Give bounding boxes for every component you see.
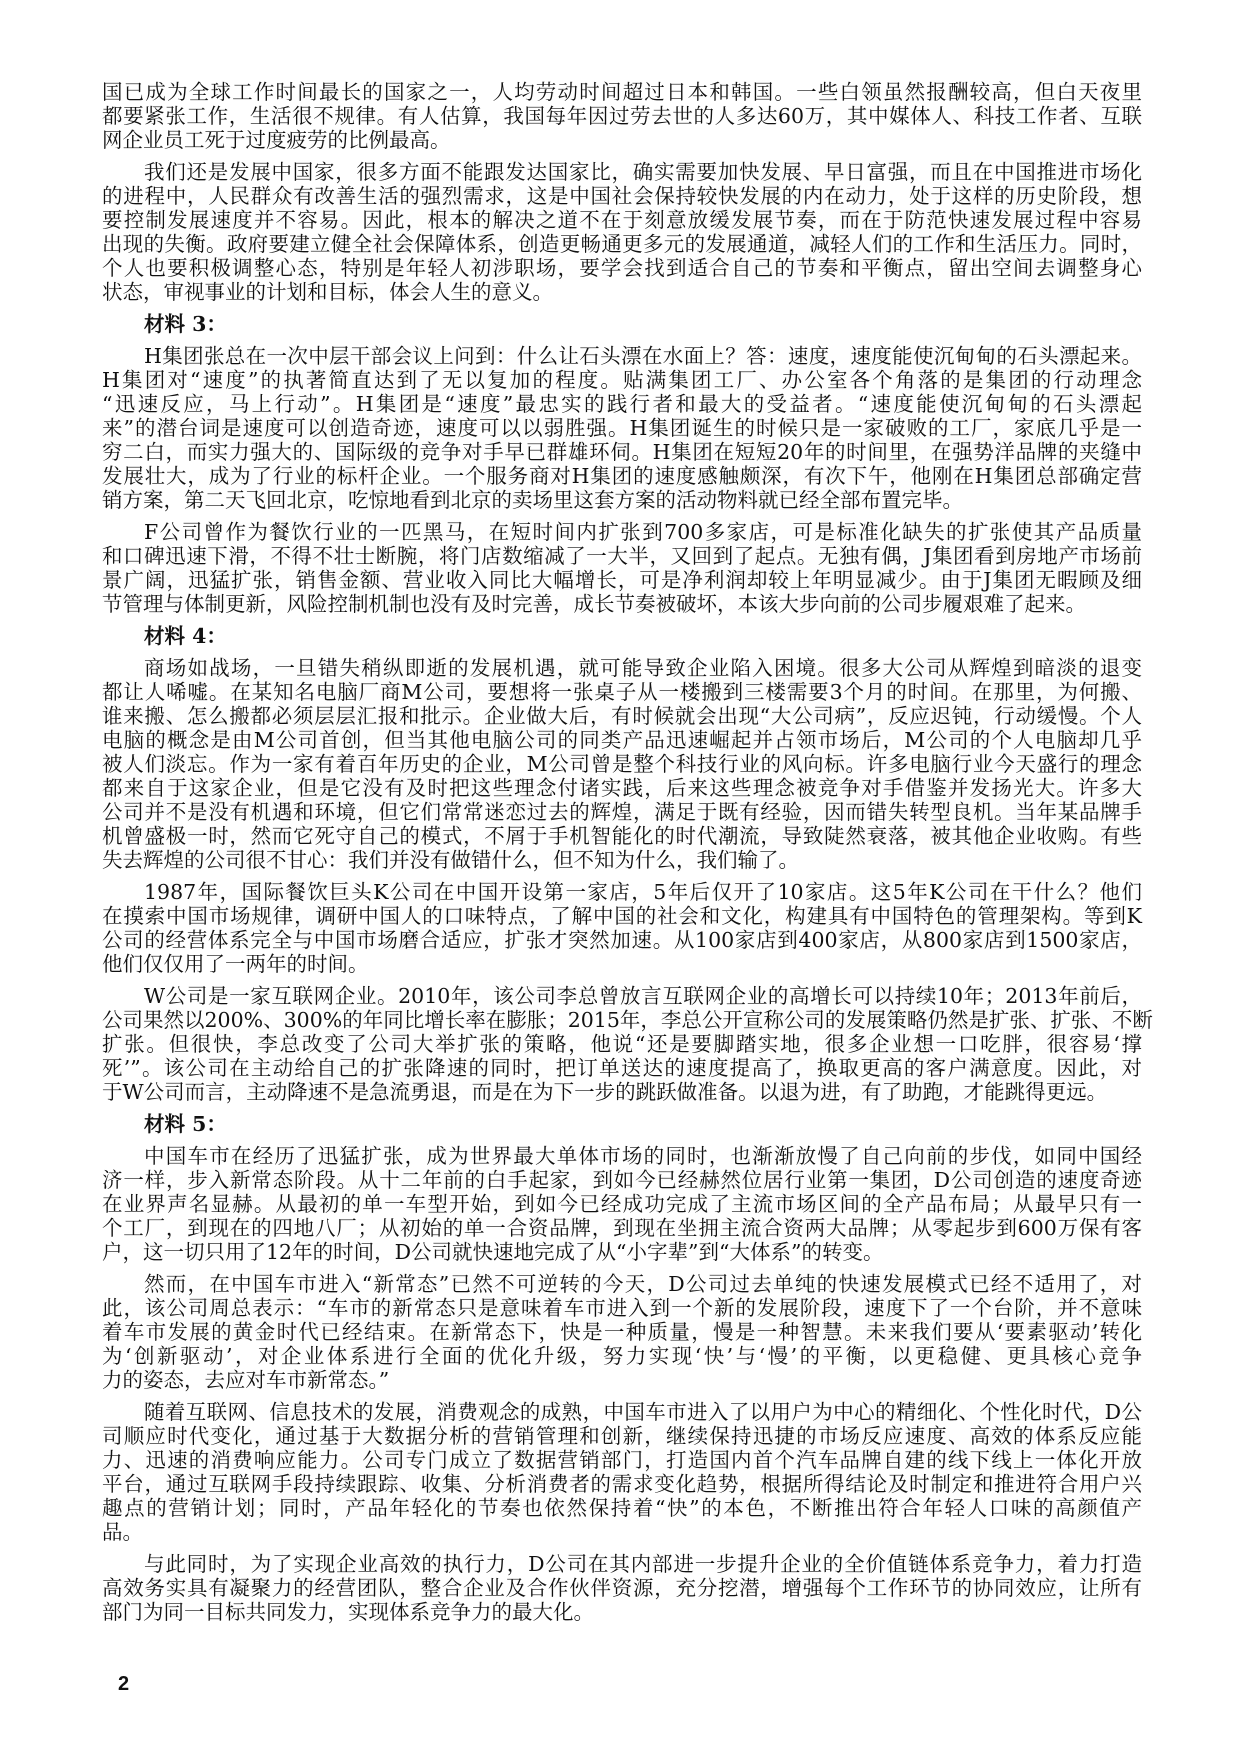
text-line: 力的姿态，去应对车市新常态。” [102,1368,1142,1392]
heading-text: 材料 3： [102,312,1142,336]
text-line: 1987年，国际餐饮巨头K公司在中国开设第一家店，5年后仅开了10家店。这5年K… [102,880,1142,904]
text-line: “迅速反应，马上行动”。H集团是“速度”最忠实的践行者和最大的受益者。“速度能使… [102,392,1142,416]
text-line: 景广阔，迅猛扩张，销售金额、营业收入同比大幅增长，可是净利润却较上年明显减少。由… [102,568,1142,592]
text-line: 趣点的营销计划；同时，产品年轻化的节奏也依然保持着“快”的本色，不断推出符合年轻… [102,1496,1142,1520]
text-line: 高效务实具有凝聚力的经营团队，整合企业及合作伙伴资源，充分挖潜，增强每个工作环节… [102,1576,1142,1600]
text-line: 力、迅速的消费响应能力。公司专门成立了数据营销部门，打造国内首个汽车品牌自建的线… [102,1448,1142,1472]
text-line: 都来自于这家企业，但是它没有及时把这些理念付诸实践，后来这些理念被竞争对手借鉴并… [102,776,1142,800]
text-line: 个工厂，到现在的四地八厂；从初始的单一合资品牌，到现在坐拥主流合资两大品牌；从零… [102,1216,1142,1240]
text-line: 要控制发展速度并不容易。因此，根本的解决之道不在于刻意放缓发展节奏，而在于防范快… [102,208,1142,232]
paragraph: W公司是一家互联网企业。2010年，该公司李总曾放言互联网企业的高增长可以持续1… [102,984,1142,1104]
text-line: 随着互联网、信息技术的发展，消费观念的成熟，中国车市进入了以用户为中心的精细化、… [102,1400,1142,1424]
text-line: 节管理与体制更新，风险控制机制也没有及时完善，成长节奏被破坏，本该大步向前的公司… [102,592,1142,616]
paragraph: 商场如战场，一旦错失稍纵即逝的发展机遇，就可能导致企业陷入困境。很多大公司从辉煌… [102,656,1142,872]
text-line: 出现的失衡。政府要建立健全社会保障体系，创造更畅通更多元的发展通道，减轻人们的工… [102,232,1142,256]
text-line: 品。 [102,1520,1142,1544]
text-line: 失去辉煌的公司很不甘心：我们并没有做错什么，但不知为什么，我们输了。 [102,848,1142,872]
paragraph: 与此同时，为了实现企业高效的执行力，D公司在其内部进一步提升企业的全价值链体系竞… [102,1552,1142,1624]
text-line: 着车市发展的黄金时代已经结束。在新常态下，快是一种质量，慢是一种智慧。未来我们要… [102,1320,1142,1344]
text-line: 电脑的概念是由M公司首创，但当其他电脑公司的同类产品迅速崛起并占领市场后，M公司… [102,728,1142,752]
heading-text: 材料 4： [102,624,1142,648]
text-line: 公司果然以200%、300%的年同比增长率在膨胀；2015年，李总公开宣称公司的… [102,1008,1142,1032]
document-page: 国已成为全球工作时间最长的国家之一，人均劳动时间超过日本和韩国。一些白领虽然报酬… [102,80,1142,1632]
paragraph: 国已成为全球工作时间最长的国家之一，人均劳动时间超过日本和韩国。一些白领虽然报酬… [102,80,1142,152]
section-heading: 材料 5： [102,1112,1142,1136]
text-line: 销方案，第二天飞回北京，吃惊地看到北京的卖场里这套方案的活动物料就已经全部布置完… [102,488,1142,512]
section-heading: 材料 4： [102,624,1142,648]
text-line: H集团对“速度”的执著简直达到了无以复加的程度。贴满集团工厂、办公室各个角落的是… [102,368,1142,392]
text-line: 被人们淡忘。作为一家有着百年历史的企业，M公司曾是整个科技行业的风向标。许多电脑… [102,752,1142,776]
text-line: 穷二白，而实力强大的、国际级的竞争对手早已群雄环伺。H集团在短短20年的时间里，… [102,440,1142,464]
text-line: H集团张总在一次中层干部会议上问到：什么让石头漂在水面上？答：速度，速度能使沉甸… [102,344,1142,368]
text-line: 都让人唏嘘。在某知名电脑厂商M公司，要想将一张桌子从一楼搬到三楼需要3个月的时间… [102,680,1142,704]
text-line: W公司是一家互联网企业。2010年，该公司李总曾放言互联网企业的高增长可以持续1… [102,984,1142,1008]
text-line: 谁来搬、怎么搬都必须层层汇报和批示。企业做大后，有时候就会出现“大公司病”，反应… [102,704,1142,728]
page-number: 2 [118,1673,129,1696]
text-line: 部门为同一目标共同发力，实现体系竞争力的最大化。 [102,1600,1142,1624]
text-line: 国已成为全球工作时间最长的国家之一，人均劳动时间超过日本和韩国。一些白领虽然报酬… [102,80,1142,104]
heading-text: 材料 5： [102,1112,1142,1136]
text-line: 平台，通过互联网手段持续跟踪、收集、分析消费者的需求变化趋势，根据所得结论及时制… [102,1472,1142,1496]
text-line: 此，该公司周总表示：“车市的新常态只是意味着车市进入到一个新的发展阶段，速度下了… [102,1296,1142,1320]
paragraph: H集团张总在一次中层干部会议上问到：什么让石头漂在水面上？答：速度，速度能使沉甸… [102,344,1142,512]
paragraph: F公司曾作为餐饮行业的一匹黑马，在短时间内扩张到700多家店，可是标准化缺失的扩… [102,520,1142,616]
text-line: 在摸索中国市场规律，调研中国人的口味特点，了解中国的社会和文化，构建具有中国特色… [102,904,1142,928]
text-line: 他们仅仅用了一两年的时间。 [102,952,1142,976]
text-line: 公司的经营体系完全与中国市场磨合适应，扩张才突然加速。从100家店到400家店，… [102,928,1142,952]
text-line: 来”的潜台词是速度可以创造奇迹，速度可以以弱胜强。H集团诞生的时候只是一家破败的… [102,416,1142,440]
paragraph: 1987年，国际餐饮巨头K公司在中国开设第一家店，5年后仅开了10家店。这5年K… [102,880,1142,976]
text-line: 个人也要积极调整心态，特别是年轻人初涉职场，要学会找到适合自己的节奏和平衡点，留… [102,256,1142,280]
text-line: 机曾盛极一时，然而它死守自己的模式，不屑于手机智能化的时代潮流，导致陡然衰落，被… [102,824,1142,848]
text-line: 网企业员工死于过度疲劳的比例最高。 [102,128,1142,152]
text-line: 与此同时，为了实现企业高效的执行力，D公司在其内部进一步提升企业的全价值链体系竞… [102,1552,1142,1576]
text-line: 户，这一切只用了12年的时间，D公司就快速地完成了从“小字辈”到“大体系”的转变… [102,1240,1142,1264]
section-heading: 材料 3： [102,312,1142,336]
text-line: 于W公司而言，主动降速不是急流勇退，而是在为下一步的跳跃做准备。以退为进，有了助… [102,1080,1142,1104]
text-line: 公司并不是没有机遇和环境，但它们常常迷恋过去的辉煌，满足于既有经验，因而错失转型… [102,800,1142,824]
text-line: 司顺应时代变化，通过基于大数据分析的营销管理和创新，继续保持迅捷的市场反应速度、… [102,1424,1142,1448]
text-line: 然而，在中国车市进入“新常态”已然不可逆转的今天，D公司过去单纯的快速发展模式已… [102,1272,1142,1296]
text-line: 为‘创新驱动’，对企业体系进行全面的优化升级，努力实现‘快’与‘慢’的平衡，以更… [102,1344,1142,1368]
text-line: 商场如战场，一旦错失稍纵即逝的发展机遇，就可能导致企业陷入困境。很多大公司从辉煌… [102,656,1142,680]
text-line: 我们还是发展中国家，很多方面不能跟发达国家比，确实需要加快发展、早日富强，而且在… [102,160,1142,184]
text-line: F公司曾作为餐饮行业的一匹黑马，在短时间内扩张到700多家店，可是标准化缺失的扩… [102,520,1142,544]
text-line: 状态，审视事业的计划和目标，体会人生的意义。 [102,280,1142,304]
paragraph: 然而，在中国车市进入“新常态”已然不可逆转的今天，D公司过去单纯的快速发展模式已… [102,1272,1142,1392]
paragraph: 随着互联网、信息技术的发展，消费观念的成熟，中国车市进入了以用户为中心的精细化、… [102,1400,1142,1544]
text-line: 和口碑迅速下滑，不得不壮士断腕，将门店数缩减了一大半，又回到了起点。无独有偶，J… [102,544,1142,568]
paragraph: 我们还是发展中国家，很多方面不能跟发达国家比，确实需要加快发展、早日富强，而且在… [102,160,1142,304]
text-line: 死’”。该公司在主动给自己的扩张降速的同时，把订单送达的速度提高了，换取更高的客… [102,1056,1142,1080]
text-line: 发展壮大，成为了行业的标杆企业。一个服务商对H集团的速度感触颇深，有次下午，他刚… [102,464,1142,488]
text-line: 扩张。但很快，李总改变了公司大举扩张的策略，他说“还是要脚踏实地，很多企业想一口… [102,1032,1142,1056]
text-line: 中国车市在经历了迅猛扩张，成为世界最大单体市场的同时，也渐渐放慢了自己向前的步伐… [102,1144,1142,1168]
text-line: 都要紧张工作，生活很不规律。有人估算，我国每年因过劳去世的人多达60万，其中媒体… [102,104,1142,128]
text-line: 在业界声名显赫。从最初的单一车型开始，到如今已经成功完成了主流市场区间的全产品布… [102,1192,1142,1216]
paragraph: 中国车市在经历了迅猛扩张，成为世界最大单体市场的同时，也渐渐放慢了自己向前的步伐… [102,1144,1142,1264]
text-line: 的进程中，人民群众有改善生活的强烈需求，这是中国社会保持较快发展的内在动力，处于… [102,184,1142,208]
text-line: 济一样，步入新常态阶段。从十二年前的白手起家，到如今已经赫然位居行业第一集团，D… [102,1168,1142,1192]
